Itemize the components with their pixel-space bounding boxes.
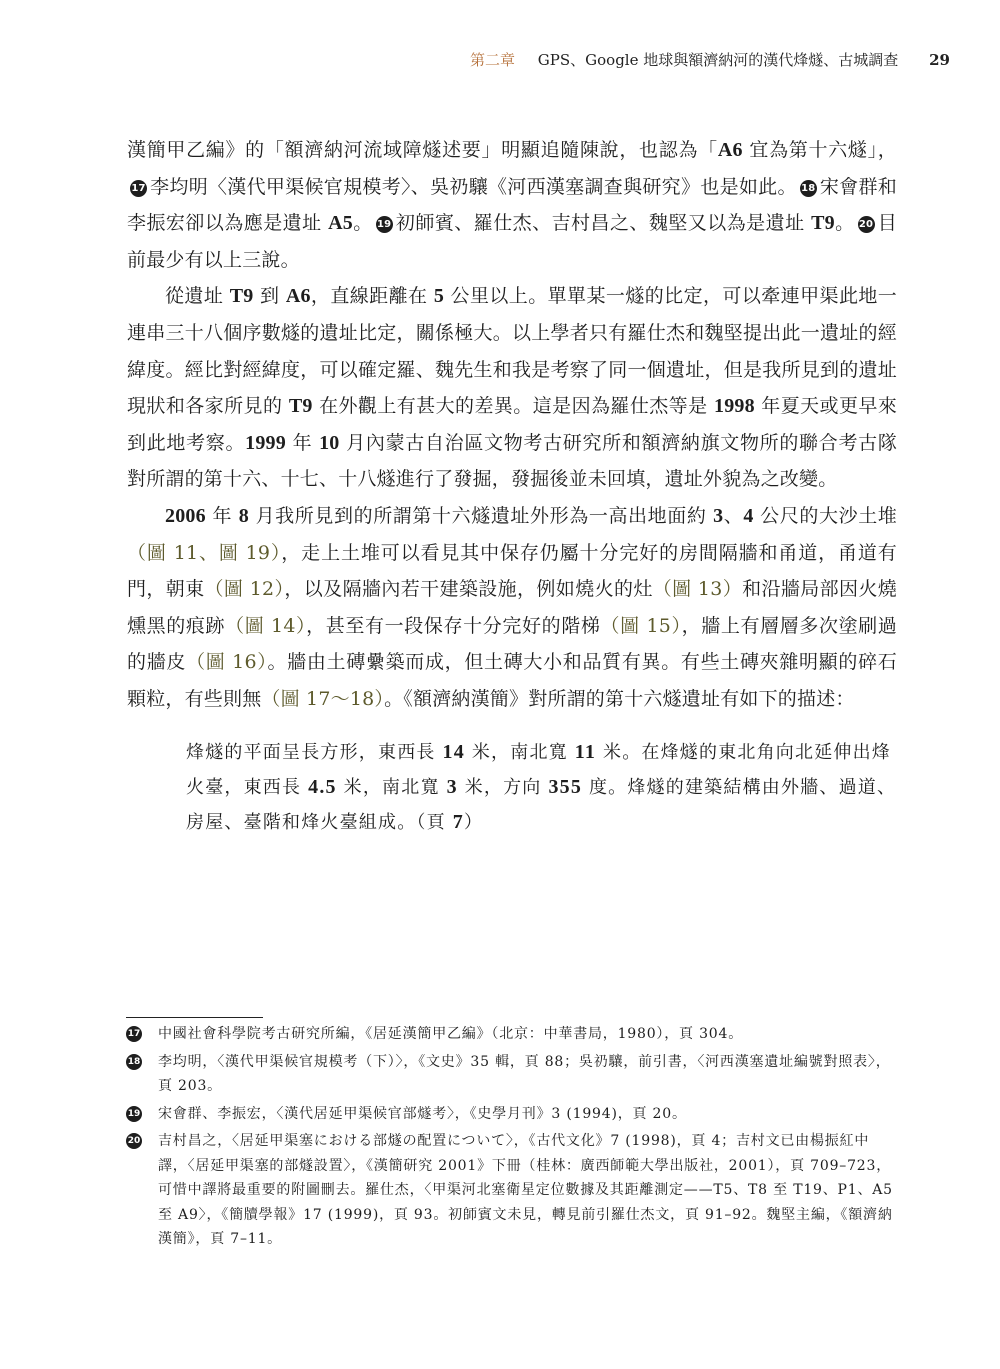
text-run: ，直線距離在 — [311, 285, 434, 307]
numeral: 14 — [443, 741, 465, 763]
text-run: ） — [464, 812, 483, 833]
text-run: 從遺址 — [165, 285, 230, 307]
text-run: 漢簡甲乙編》的「額濟納河流域障燧述要」明顯追隨陳說，也認為「 — [127, 139, 718, 161]
text-run: 、 — [723, 505, 743, 527]
numeral: 1999 — [245, 432, 286, 454]
footnote-19: 19 宋會群、李振宏，〈漢代居延甲渠候官部燧考〉，《史學月刊》3 (1994)，… — [126, 1102, 898, 1127]
numeral: 11 — [575, 741, 596, 763]
figure-reference[interactable]: （圖 14） — [225, 615, 306, 637]
footnote-ref-icon[interactable]: 20 — [858, 216, 875, 233]
text-run: 年 — [286, 432, 319, 454]
block-quotation: 烽燧的平面呈長方形，東西長 14 米，南北寬 11 米。在烽燧的東北角向北延伸出… — [186, 735, 898, 840]
paragraph-2: 從遺址 T9 到 A6，直線距離在 5 公里以上。單單某一燧的比定，可以牽連甲渠… — [127, 278, 897, 498]
footnote-18: 18 李均明，〈漢代甲渠候官規模考（下）〉，《文史》35 輯，頁 88；吳礽驤，… — [126, 1050, 898, 1099]
numeral: 3 — [713, 505, 723, 527]
footnote-marker-icon: 18 — [126, 1054, 142, 1070]
figure-reference[interactable]: （圖 15） — [601, 615, 682, 637]
footnote-marker-icon: 19 — [126, 1106, 142, 1122]
footnote-text: 李均明，〈漢代甲渠候官規模考（下）〉，《文史》35 輯，頁 88；吳礽驤，前引書… — [158, 1054, 891, 1095]
numeral: A6 — [718, 139, 743, 161]
numeral: 4.5 — [308, 776, 337, 798]
text-run: 米，南北寬 — [465, 742, 575, 763]
text-run: 到 — [253, 285, 285, 307]
numeral: 355 — [548, 776, 582, 798]
footnote-marker-icon: 20 — [126, 1133, 142, 1149]
figure-reference[interactable]: （圖 16） — [186, 651, 267, 673]
figure-reference[interactable]: （圖 17～18） — [261, 688, 384, 710]
numeral: T9 — [289, 395, 313, 417]
footnote-text: 宋會群、李振宏，〈漢代居延甲渠候官部燧考〉，《史學月刊》3 (1994)，頁 2… — [158, 1106, 687, 1122]
figure-reference[interactable]: （圖 11、圖 19） — [127, 542, 281, 564]
figure-reference[interactable]: （圖 13） — [653, 578, 742, 600]
text-run: ，以及隔牆內若干建築設施，例如燒火的灶 — [284, 578, 652, 600]
numeral: 5 — [434, 285, 444, 307]
numeral: 8 — [239, 505, 249, 527]
text-run: 年 — [206, 505, 239, 527]
text-run: 李均明〈漢代甲渠候官規模考〉、吳礽驤《河西漢塞調查與研究》也是如此。 — [150, 176, 797, 198]
footnote-marker-icon: 17 — [126, 1026, 142, 1042]
text-run: 米，南北寬 — [337, 777, 447, 798]
text-run: ，甚至有一段保存十分完好的階梯 — [306, 615, 600, 637]
footnote-text: 中國社會科學院考古研究所編，《居延漢簡甲乙編》（北京：中華書局，1980），頁 … — [158, 1026, 743, 1042]
numeral: T9 — [230, 285, 254, 307]
paragraph-1: 漢簡甲乙編》的「額濟納河流域障燧述要」明顯追隨陳說，也認為「A6 宜為第十六燧」… — [127, 132, 897, 278]
footnotes: 17 中國社會科學院考古研究所編，《居延漢簡甲乙編》（北京：中華書局，1980）… — [126, 1022, 898, 1255]
page-number: 29 — [929, 48, 950, 72]
chapter-title: GPS、Google 地球與額濟納河的漢代烽燧、古城調查 — [538, 51, 898, 69]
footnote-ref-icon[interactable]: 19 — [376, 216, 393, 233]
numeral: A5 — [328, 212, 353, 234]
numeral: A6 — [286, 285, 311, 307]
figure-reference[interactable]: （圖 12） — [205, 578, 285, 600]
footnote-20: 20 吉村昌之，〈居延甲渠塞における部燧の配置について〉，《古代文化》7 (19… — [126, 1129, 898, 1252]
text-run: 米，方向 — [458, 777, 549, 798]
numeral: 4 — [743, 505, 753, 527]
footnote-ref-icon[interactable]: 18 — [800, 180, 817, 197]
footnote-17: 17 中國社會科學院考古研究所編，《居延漢簡甲乙編》（北京：中華書局，1980）… — [126, 1022, 898, 1047]
text-run: 烽燧的平面呈長方形，東西長 — [186, 742, 443, 763]
text-run: 。 — [835, 212, 855, 234]
numeral: 1998 — [714, 395, 755, 417]
text-run: 月我所見到的所謂第十六燧遺址外形為一高出地面約 — [249, 505, 713, 527]
text-run: 在外觀上有甚大的差異。這是因為羅仕杰等是 — [313, 395, 714, 417]
footnote-ref-icon[interactable]: 17 — [130, 180, 147, 197]
chapter-label: 第二章 — [470, 51, 515, 69]
footnote-text: 吉村昌之，〈居延甲渠塞における部燧の配置について〉，《古代文化》7 (1998)… — [158, 1133, 893, 1247]
text-run: 公尺的大沙土堆 — [754, 505, 897, 527]
footnote-separator — [126, 1017, 263, 1018]
text-run: 。 — [353, 212, 373, 234]
quotation-text: 烽燧的平面呈長方形，東西長 14 米，南北寬 11 米。在烽燧的東北角向北延伸出… — [186, 735, 898, 840]
text-run: 初師賓、羅仕杰、吉村昌之、魏堅又以為是遺址 — [396, 212, 811, 234]
body-text: 漢簡甲乙編》的「額濟納河流域障燧述要」明顯追隨陳說，也認為「A6 宜為第十六燧」… — [127, 132, 897, 718]
numeral: 2006 — [165, 505, 206, 527]
numeral: 10 — [319, 432, 339, 454]
numeral: 3 — [447, 776, 458, 798]
paragraph-3: 2006 年 8 月我所見到的所謂第十六燧遺址外形為一高出地面約 3、4 公尺的… — [127, 498, 897, 718]
text-run: 宜為第十六燧」， — [743, 139, 897, 161]
numeral: 7 — [453, 811, 464, 833]
running-head: 第二章 GPS、Google 地球與額濟納河的漢代烽燧、古城調查 29 — [470, 48, 950, 72]
text-run: 。《額濟納漢簡》對所謂的第十六燧遺址有如下的描述： — [384, 688, 855, 710]
numeral: T9 — [811, 212, 835, 234]
